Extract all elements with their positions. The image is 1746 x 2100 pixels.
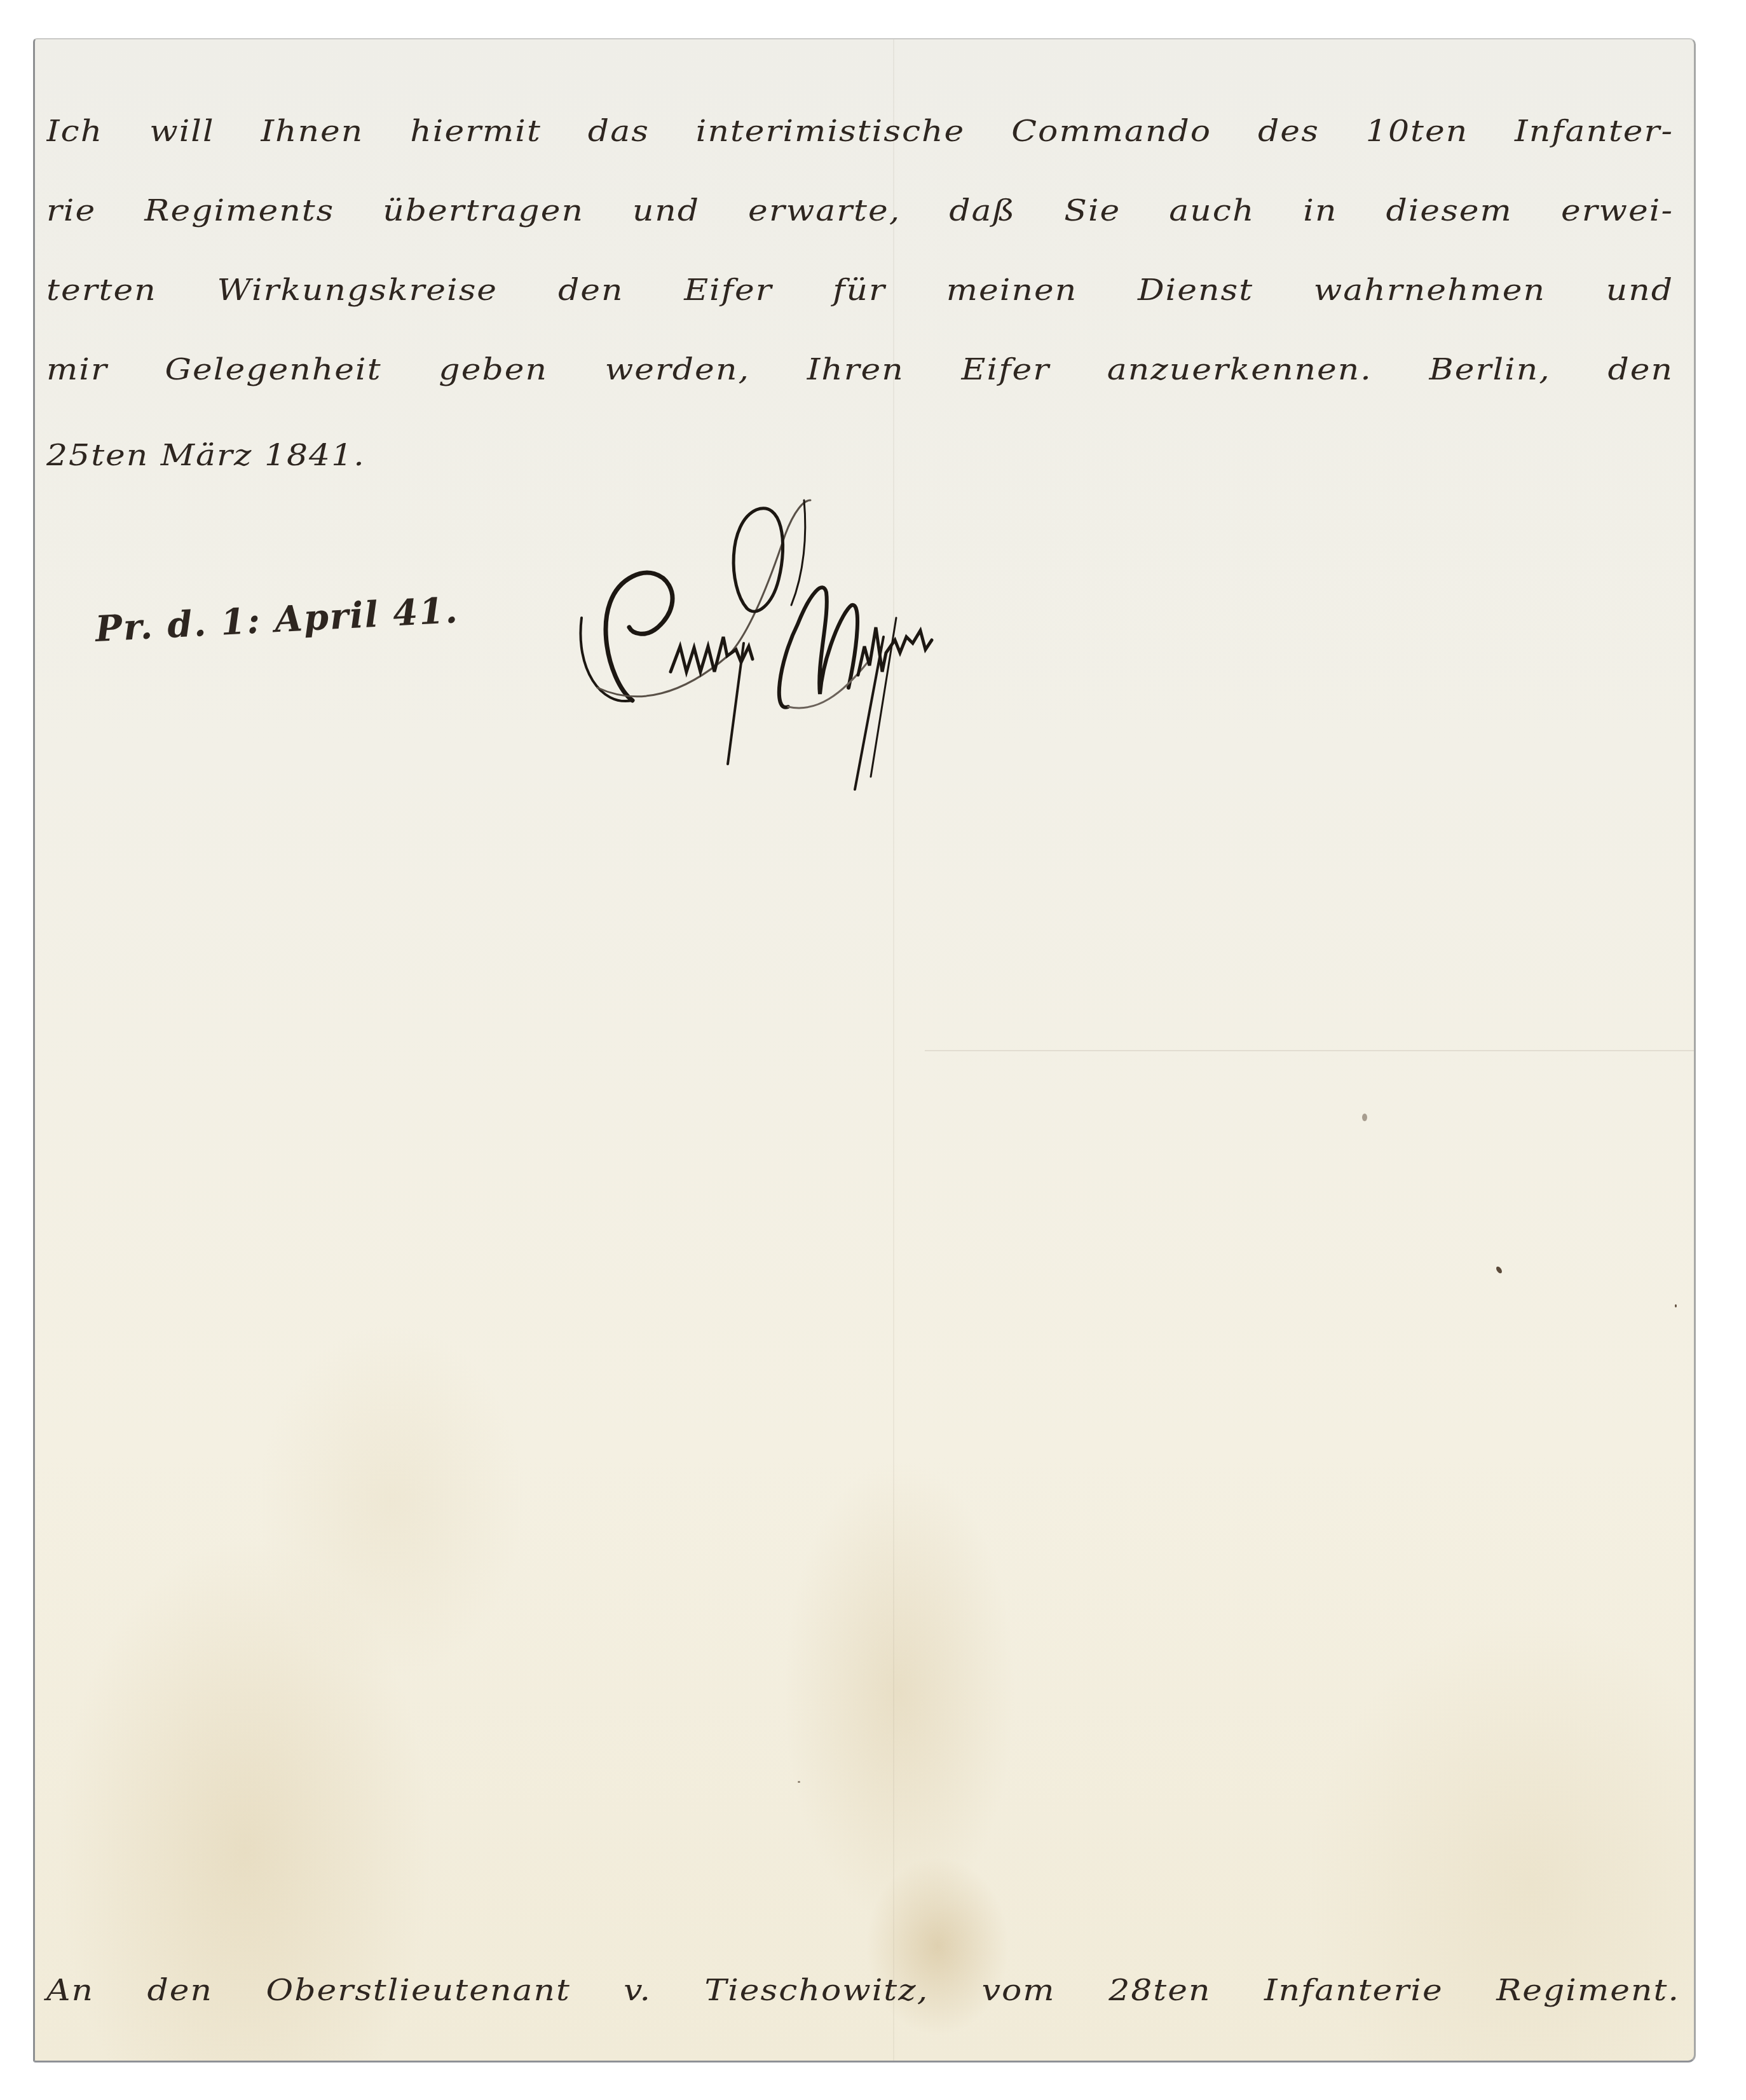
recipient-address-line: An den Oberstlieutenant v. Tieschowitz, … bbox=[46, 1974, 1680, 2008]
letter-date-line: 25ten März 1841. bbox=[46, 439, 365, 473]
vertical-fold-crease bbox=[893, 39, 894, 2061]
ink-speck bbox=[798, 1781, 800, 1783]
letter-body-line-4: mir Gelegenheit geben werden, Ihren Eife… bbox=[46, 353, 1674, 387]
ink-speck bbox=[1675, 1304, 1677, 1307]
ink-speck bbox=[1362, 1114, 1367, 1121]
letter-body-line-1: Ich will Ihnen hiermit das interimistisc… bbox=[46, 114, 1674, 149]
royal-signature: Friedrich Wilhelm bbox=[537, 497, 1427, 802]
ink-speck bbox=[1495, 1265, 1503, 1274]
letter-body-line-2: rie Regiments übertragen und erwarte, da… bbox=[46, 194, 1674, 228]
letter-body-line-3: terten Wirkungskreise den Eifer für mein… bbox=[46, 273, 1674, 308]
receipt-margin-note: Pr. d. 1: April 41. bbox=[94, 589, 460, 650]
letter-page: Ich will Ihnen hiermit das interimistisc… bbox=[33, 38, 1696, 2062]
horizontal-fold-crease bbox=[925, 1050, 1694, 1051]
